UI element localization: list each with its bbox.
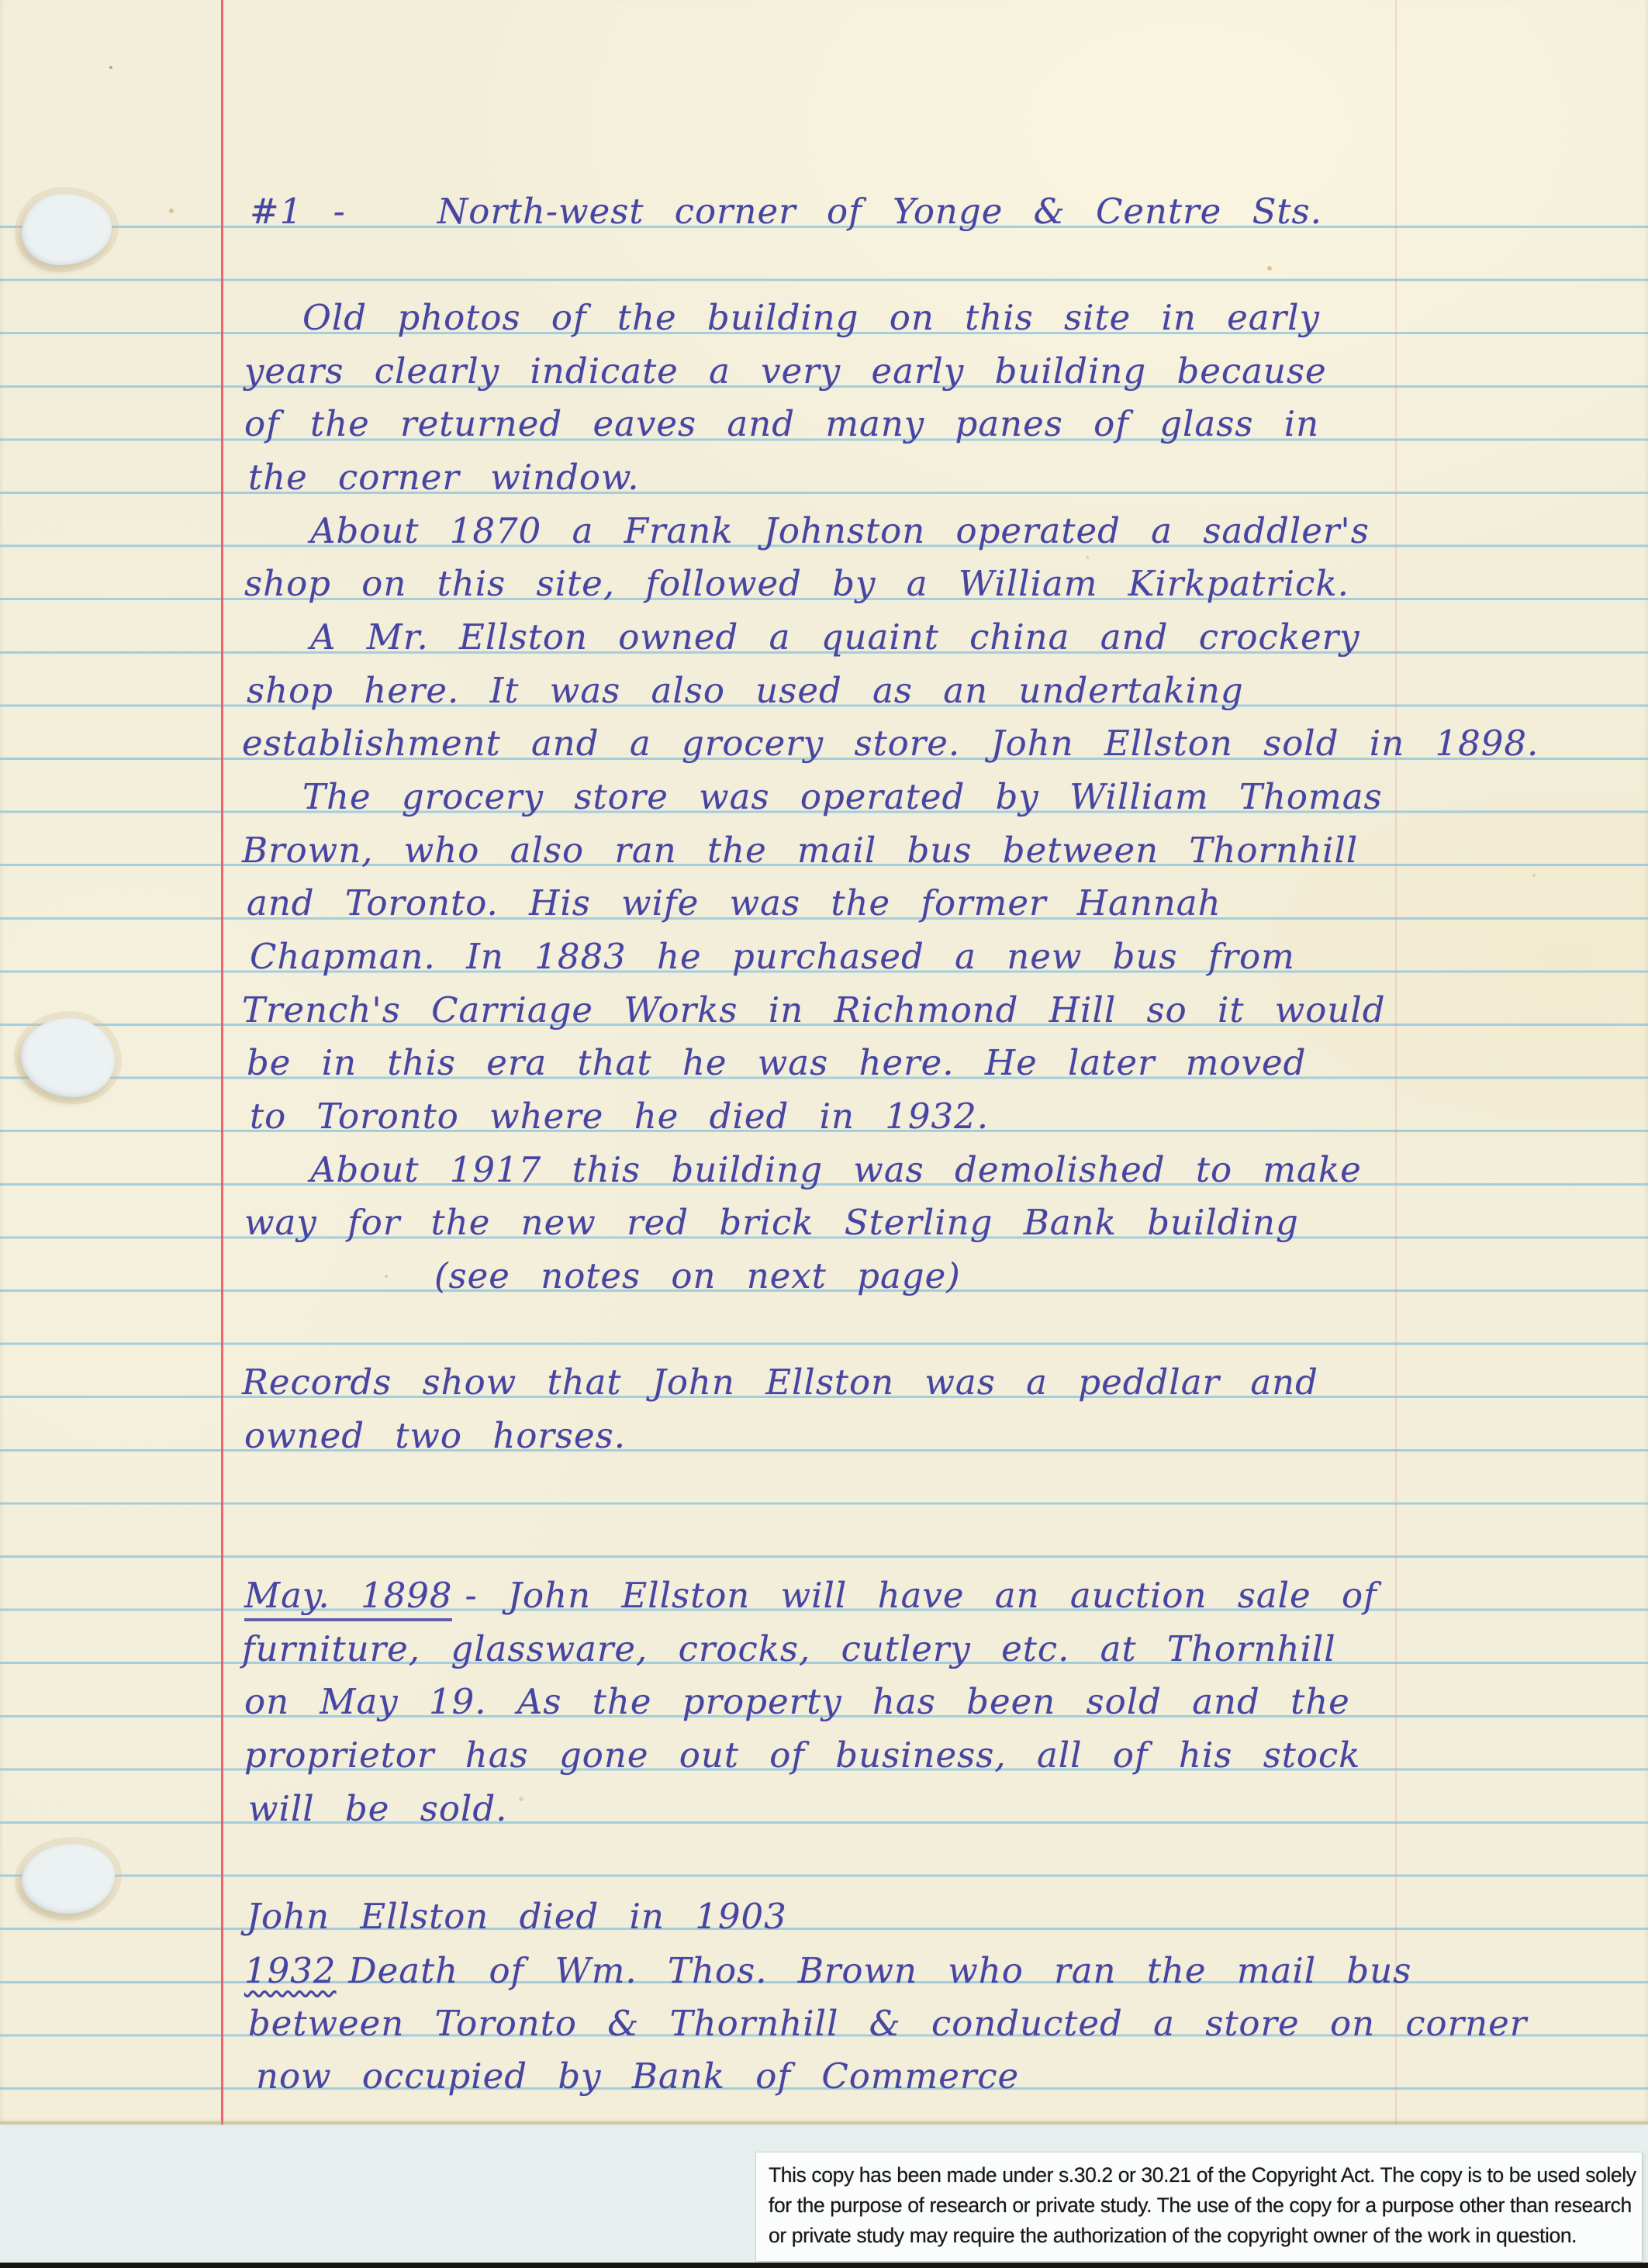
underlined-year: 1932: [244, 1950, 337, 1991]
handwritten-line: The grocery store was operated by Willia…: [302, 777, 1383, 817]
handwritten-line: Old photos of the building on this site …: [302, 298, 1320, 338]
handwritten-line: years clearly indicate a very early buil…: [244, 351, 1327, 392]
heading-title: North-west corner of Yonge & Centre Sts.: [437, 191, 1322, 232]
handwritten-line: now occupied by Bank of Commerce: [256, 2056, 1019, 2097]
handwritten-line-death: 1932Death of Wm. Thos. Brown who ran the…: [244, 1951, 1411, 1991]
copyright-notice-stamp: This copy has been made under s.30.2 or …: [756, 2152, 1642, 2261]
handwritten-line: Chapman. In 1883 he purchased a new bus …: [250, 937, 1295, 977]
handwritten-line: will be sold.: [248, 1789, 507, 1829]
copyright-text-line: This copy has been made under s.30.2 or …: [769, 2160, 1642, 2190]
handwritten-line: shop on this site, followed by a William…: [244, 564, 1349, 604]
red-margin-line: [221, 0, 223, 2125]
handwritten-line: About 1917 this building was demolished …: [310, 1150, 1362, 1190]
paper-speckles: [109, 66, 112, 69]
handwritten-line: between Toronto & Thornhill & conducted …: [248, 2004, 1527, 2044]
handwritten-line: on May 19. As the property has been sold…: [244, 1682, 1350, 1722]
handwritten-line: of the returned eaves and many panes of …: [244, 404, 1319, 444]
handwritten-line: shop here. It was also used as an undert…: [247, 671, 1244, 711]
handwritten-line: Brown, who also ran the mail bus between…: [242, 830, 1358, 871]
scanned-notebook-page: #1 -North-west corner of Yonge & Centre …: [0, 0, 1648, 2268]
handwritten-line: to Toronto where he died in 1932.: [250, 1096, 989, 1137]
underlined-date: May. 1898: [244, 1575, 452, 1621]
paper-bottom-edge: [0, 2121, 1648, 2126]
handwritten-line: A Mr. Ellston owned a quaint china and c…: [310, 617, 1360, 658]
faint-bleedthrough-margin-line: [1395, 0, 1397, 2125]
handwritten-line: owned two horses.: [244, 1416, 626, 1456]
handwritten-line: Trench's Carriage Works in Richmond Hill…: [242, 990, 1386, 1030]
handwritten-line: About 1870 a Frank Johnston operated a s…: [310, 511, 1370, 551]
handwritten-line: furniture, glassware, crocks, cutlery et…: [242, 1629, 1336, 1669]
handwritten-line: proprietor has gone out of business, all…: [244, 1735, 1360, 1776]
handwritten-line: be in this era that he was here. He late…: [247, 1043, 1306, 1083]
copyright-text-line: for the purpose of research or private s…: [769, 2190, 1642, 2221]
heading-number: #1 -: [250, 191, 346, 232]
page-heading: #1 -North-west corner of Yonge & Centre …: [250, 192, 1322, 232]
handwritten-line: Records show that John Ellston was a ped…: [242, 1362, 1318, 1403]
handwritten-line: (see notes on next page): [434, 1256, 961, 1296]
handwritten-line: John Ellston died in 1903: [247, 1897, 787, 1937]
handwritten-line: way for the new red brick Sterling Bank …: [244, 1203, 1299, 1243]
scanner-edge-strip: [0, 2263, 1648, 2268]
handwritten-line: the corner window.: [248, 457, 640, 498]
copyright-text-line: or private study may require the authori…: [769, 2221, 1642, 2251]
handwritten-line: and Toronto. His wife was the former Han…: [247, 883, 1221, 923]
handwritten-line-auction: May. 1898- John Ellston will have an auc…: [244, 1576, 1377, 1616]
handwritten-line: establishment and a grocery store. John …: [242, 723, 1539, 764]
